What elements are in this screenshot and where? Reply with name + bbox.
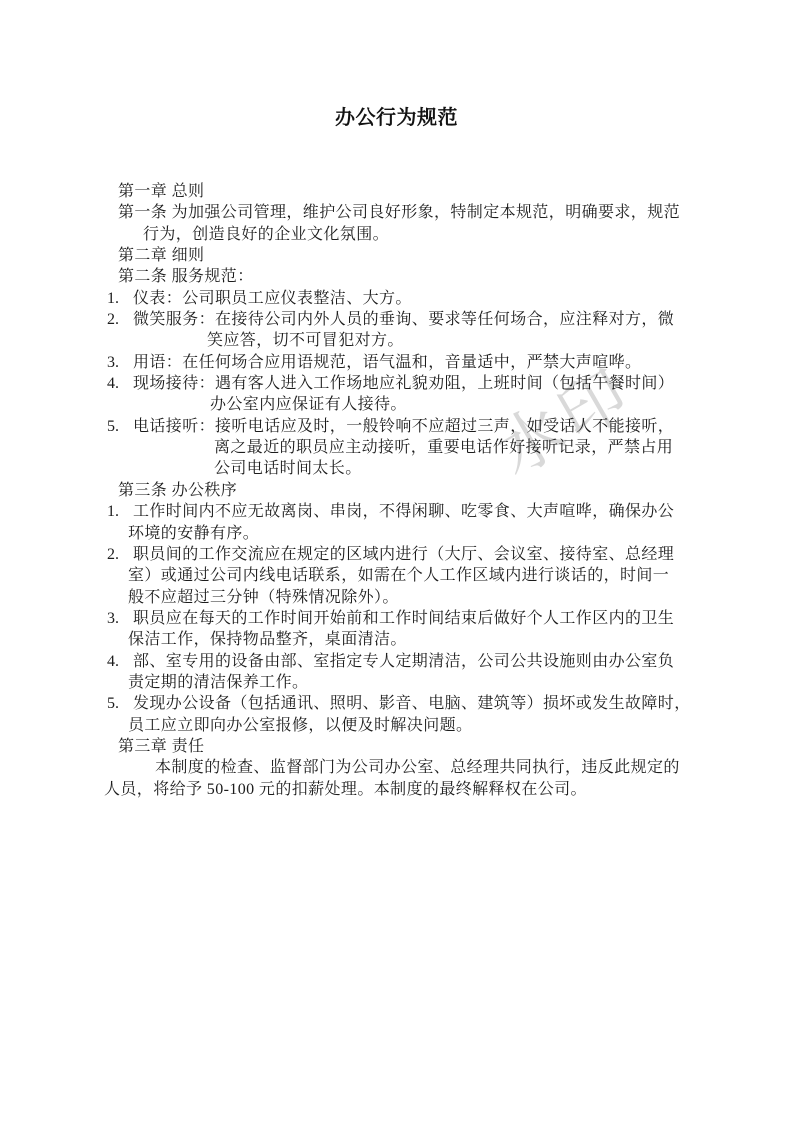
line-text: 室）或通过公司内线电话联系，如需在个人工作区域内进行谈话的，时间一 — [128, 567, 669, 584]
list-number: 3. — [107, 352, 133, 373]
list-number: 5. — [107, 693, 133, 714]
list-item: 5.电话接听：接听电话应及时，一般铃响不应超过三声，如受话人不能接听， — [107, 416, 704, 437]
line-text: 离之最近的职员应主动接听，重要电话作好接听记录，严禁占用 — [214, 439, 673, 456]
line-text: 第三章 责任 — [118, 738, 204, 755]
line-text: 工作时间内不应无故离岗、串岗，不得闲聊、吃零食、大声喧哗，确保办公 — [133, 503, 674, 520]
line-text: 公司电话时间太长。 — [214, 460, 362, 477]
doc-line: 本制度的检查、监督部门为公司办公室、总经理共同执行，违反此规定的 — [155, 757, 704, 778]
list-item: 4.现场接待：遇有客人进入工作场地应礼貌劝阻，上班时间（包括午餐时间） — [107, 373, 704, 394]
document-page: 水印 办公行为规范 第一章 总则 第一条 为加强公司管理，维护公司良好形象，特制… — [0, 0, 793, 1122]
list-number: 2. — [107, 309, 133, 330]
line-text: 环境的安静有序。 — [128, 525, 259, 542]
line-text: 人员，将给予 50-100 元的扣薪处理。本制度的最终解释权在公司。 — [104, 781, 587, 798]
article-line: 第三条 办公秩序 — [118, 480, 704, 501]
list-number: 2. — [107, 544, 133, 565]
line-text: 现场接待：遇有客人进入工作场地应礼貌劝阻，上班时间（包括午餐时间） — [133, 375, 674, 392]
article-line: 第二条 服务规范： — [118, 266, 704, 287]
line-text: 发现办公设备（包括通讯、照明、影音、电脑、建筑等）损坏或发生故障时， — [133, 695, 691, 712]
line-text: 责定期的清洁保养工作。 — [128, 674, 308, 691]
line-text: 微笑服务：在接待公司内外人员的垂询、要求等任何场合，应注释对方，微 — [133, 311, 674, 328]
document-body: 第一章 总则 第一条 为加强公司管理，维护公司良好形象，特制定本规范，明确要求，… — [104, 181, 704, 800]
list-number: 4. — [107, 651, 133, 672]
doc-line: 离之最近的职员应主动接听，重要电话作好接听记录，严禁占用 — [214, 437, 704, 458]
list-item: 1.工作时间内不应无故离岗、串岗，不得闲聊、吃零食、大声喧哗，确保办公 — [107, 501, 704, 522]
line-text: 职员间的工作交流应在规定的区域内进行（大厅、会议室、接待室、总经理 — [133, 546, 674, 563]
line-text: 员工应立即向办公室报修，以便及时解决问题。 — [128, 717, 472, 734]
list-item: 1.仪表：公司职员工应仪表整洁、大方。 — [107, 288, 704, 309]
article-line: 第一条 为加强公司管理，维护公司良好形象，特制定本规范，明确要求，规范 — [118, 202, 704, 223]
doc-line: 员工应立即向办公室报修，以便及时解决问题。 — [128, 715, 704, 736]
list-item: 3.职员应在每天的工作时间开始前和工作时间结束后做好个人工作区内的卫生 — [107, 608, 704, 629]
doc-line: 室）或通过公司内线电话联系，如需在个人工作区域内进行谈话的，时间一 — [128, 565, 704, 586]
list-number: 1. — [107, 501, 133, 522]
chapter-heading: 第三章 责任 — [118, 736, 704, 757]
line-text: 般不应超过三分钟（特殊情况除外）。 — [128, 589, 399, 606]
line-text: 笑应答，切不可冒犯对方。 — [207, 332, 404, 349]
doc-line: 办公室内应保证有人接待。 — [210, 394, 704, 415]
list-number: 3. — [107, 608, 133, 629]
doc-line: 公司电话时间太长。 — [214, 458, 704, 479]
line-text: 用语：在任何场合应用语规范，语气温和，音量适中，严禁大声喧哗。 — [133, 354, 641, 371]
line-text: 办公室内应保证有人接待。 — [210, 396, 407, 413]
doc-line: 行为，创造良好的企业文化氛围。 — [143, 224, 704, 245]
line-text: 电话接听：接听电话应及时，一般铃响不应超过三声，如受话人不能接听， — [133, 418, 674, 435]
list-item: 5.发现办公设备（包括通讯、照明、影音、电脑、建筑等）损坏或发生故障时， — [107, 693, 704, 714]
line-text: 仪表：公司职员工应仪表整洁、大方。 — [133, 290, 412, 307]
line-text: 本制度的检查、监督部门为公司办公室、总经理共同执行，违反此规定的 — [155, 759, 680, 776]
list-number: 4. — [107, 373, 133, 394]
list-item: 4.部、室专用的设备由部、室指定专人定期清洁，公司公共设施则由办公室负 — [107, 651, 704, 672]
list-item: 3.用语：在任何场合应用语规范，语气温和，音量适中，严禁大声喧哗。 — [107, 352, 704, 373]
list-item: 2.职员间的工作交流应在规定的区域内进行（大厅、会议室、接待室、总经理 — [107, 544, 704, 565]
doc-line: 人员，将给予 50-100 元的扣薪处理。本制度的最终解释权在公司。 — [104, 779, 704, 800]
doc-line: 责定期的清洁保养工作。 — [128, 672, 704, 693]
chapter-heading: 第一章 总则 — [118, 181, 704, 202]
list-item: 2.微笑服务：在接待公司内外人员的垂询、要求等任何场合，应注释对方，微 — [107, 309, 704, 330]
line-text: 保洁工作，保持物品整齐，桌面清洁。 — [128, 631, 407, 648]
doc-line: 般不应超过三分钟（特殊情况除外）。 — [128, 587, 704, 608]
line-text: 第三条 办公秩序 — [118, 482, 237, 499]
doc-line: 环境的安静有序。 — [128, 523, 704, 544]
line-text: 行为，创造良好的企业文化氛围。 — [143, 226, 389, 243]
doc-line: 保洁工作，保持物品整齐，桌面清洁。 — [128, 629, 704, 650]
line-text: 第一章 总则 — [118, 183, 204, 200]
line-text: 第一条 为加强公司管理，维护公司良好形象，特制定本规范，明确要求，规范 — [118, 204, 680, 221]
chapter-heading: 第二章 细则 — [118, 245, 704, 266]
line-text: 部、室专用的设备由部、室指定专人定期清洁，公司公共设施则由办公室负 — [133, 653, 674, 670]
line-text: 第二章 细则 — [118, 247, 204, 264]
document-title: 办公行为规范 — [0, 101, 793, 130]
line-text: 第二条 服务规范： — [118, 268, 254, 285]
list-number: 1. — [107, 288, 133, 309]
list-number: 5. — [107, 416, 133, 437]
line-text: 职员应在每天的工作时间开始前和工作时间结束后做好个人工作区内的卫生 — [133, 610, 674, 627]
doc-line: 笑应答，切不可冒犯对方。 — [207, 330, 704, 351]
